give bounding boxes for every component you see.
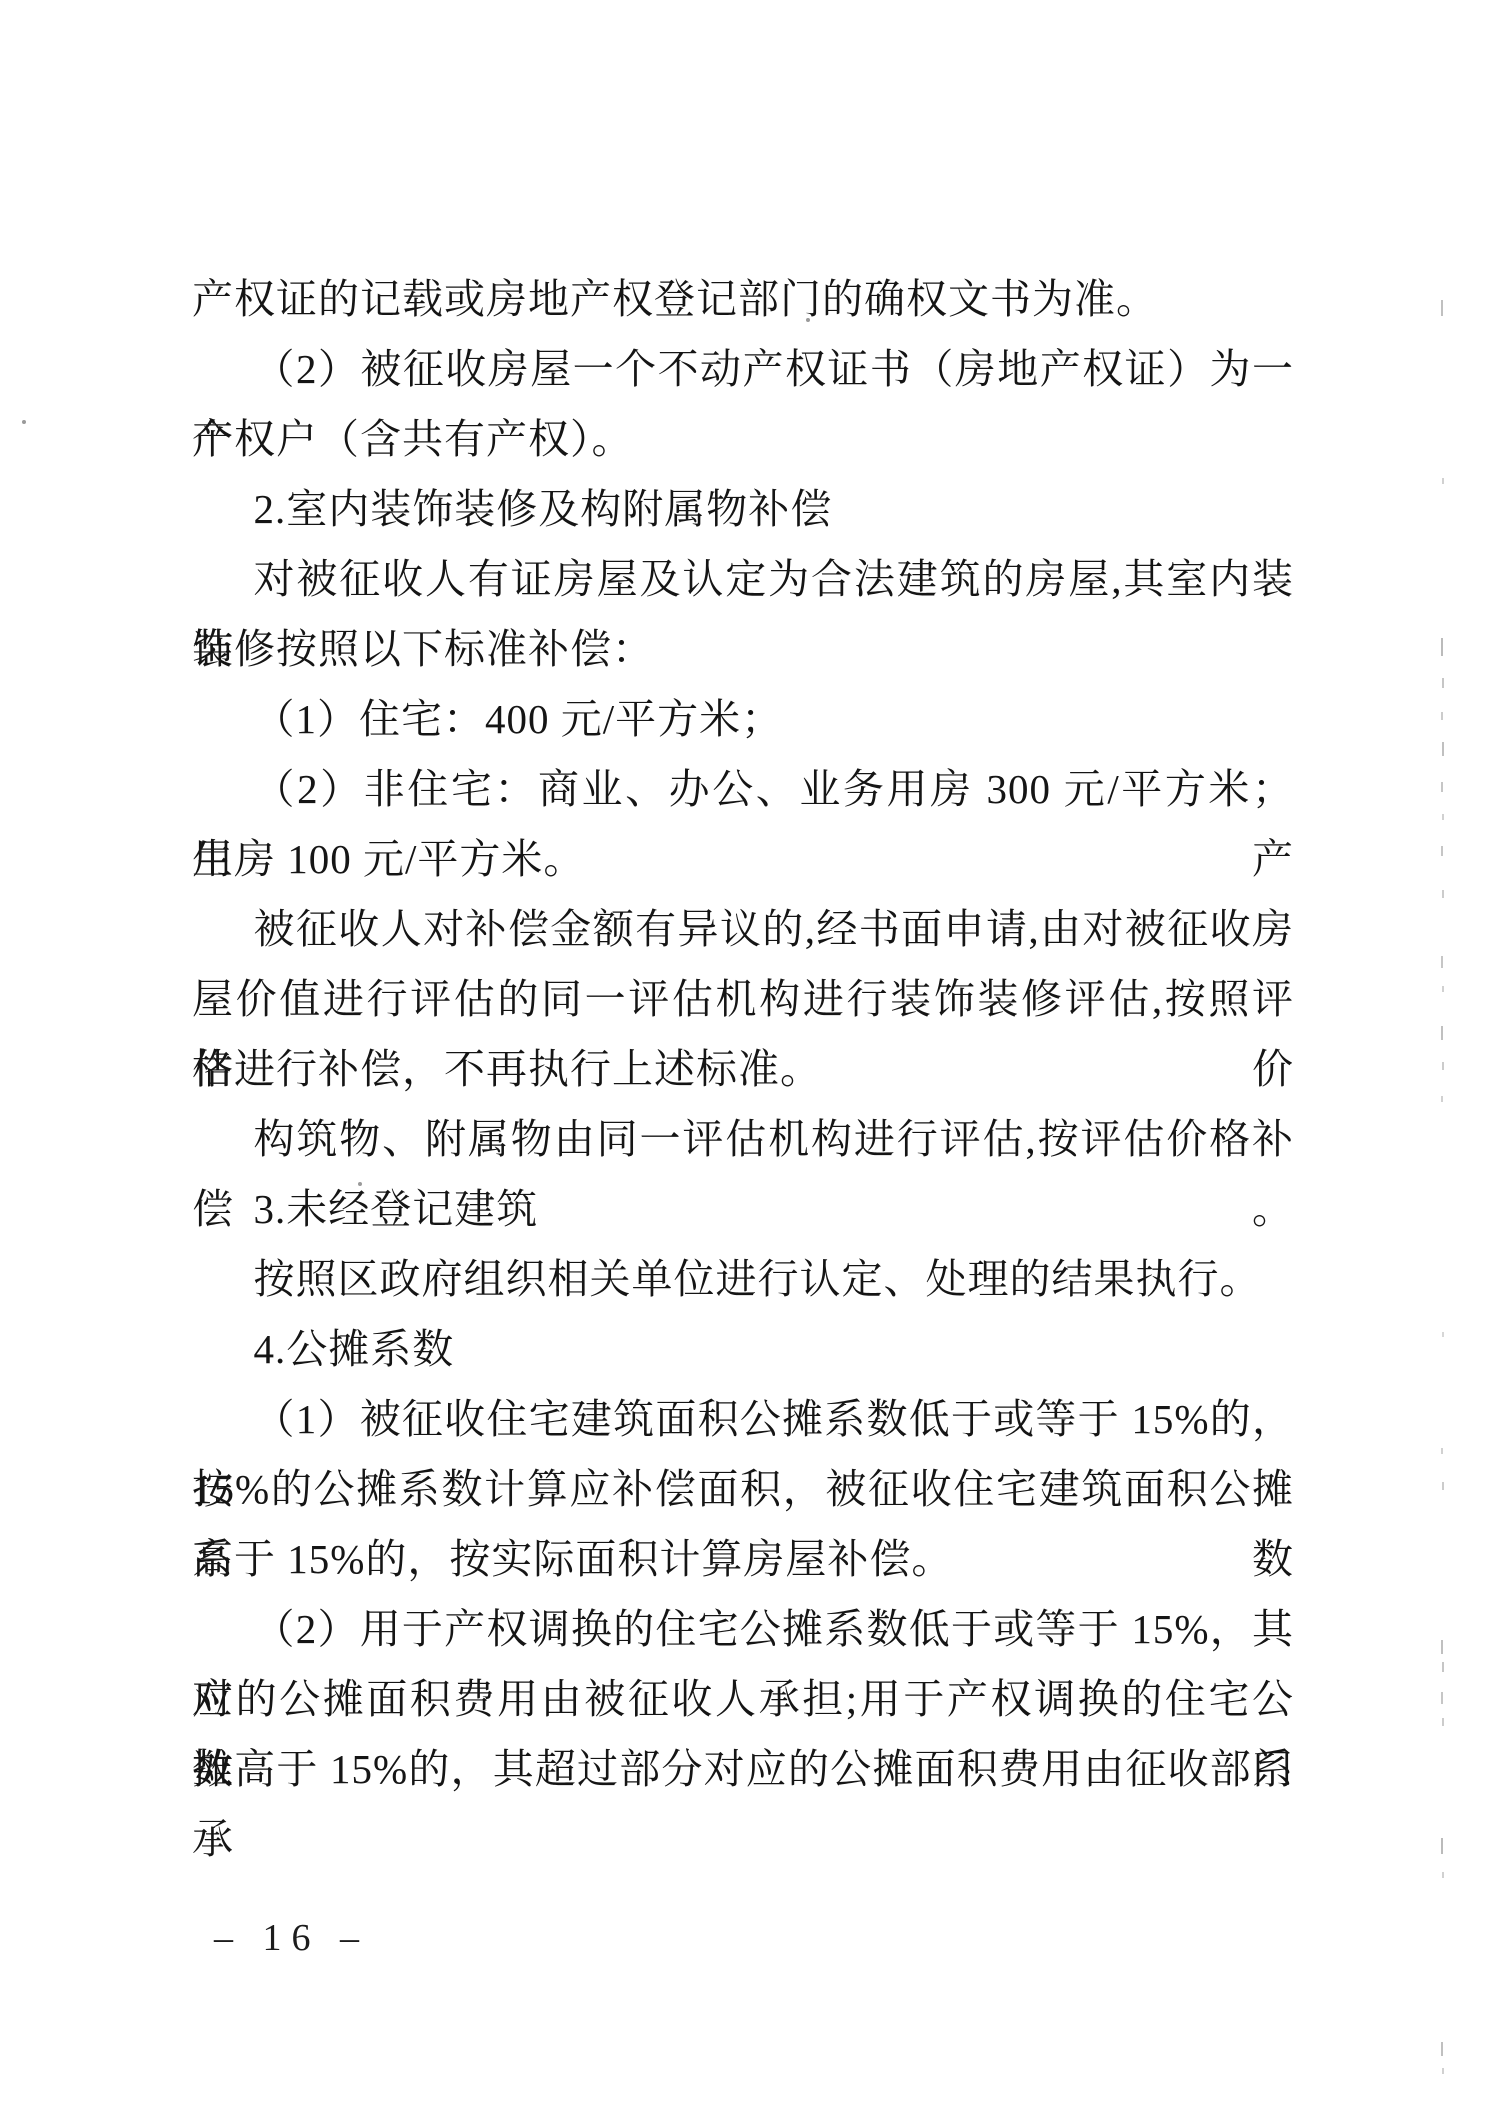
document-line: 2.室内装饰装修及构附属物补偿 (192, 474, 1294, 544)
document-body: 产权证的记载或房地产权登记部门的确权文书为准。 （2）被征收房屋一个不动产权证书… (192, 264, 1294, 1804)
document-line: （1）被征收住宅建筑面积公摊系数低于或等于 15%的，按 (192, 1384, 1294, 1454)
page-number: – 16 – (214, 1916, 369, 1960)
document-line: 4.公摊系数 (192, 1314, 1294, 1384)
document-line: 屋价值进行评估的同一评估机构进行装饰装修评估,按照评估价 (192, 964, 1294, 1034)
document-line: 应的公摊面积费用由被征收人承担;用于产权调换的住宅公摊系 (192, 1664, 1294, 1734)
document-line: （1）住宅：400 元/平方米； (192, 684, 1294, 754)
document-line: （2）非住宅：商业、办公、业务用房 300 元/平方米；生产 (192, 754, 1294, 824)
document-line: 对被征收人有证房屋及认定为合法建筑的房屋,其室内装饰 (192, 544, 1294, 614)
document-line: 按照区政府组织相关单位进行认定、处理的结果执行。 (192, 1244, 1294, 1314)
document-line: （2）用于产权调换的住宅公摊系数低于或等于 15%，其对 (192, 1594, 1294, 1664)
document-line: 产权证的记载或房地产权登记部门的确权文书为准。 (192, 264, 1294, 334)
document-line: 装修按照以下标准补偿： (192, 614, 1294, 684)
scanned-document-page: 产权证的记载或房地产权登记部门的确权文书为准。 （2）被征收房屋一个不动产权证书… (0, 0, 1488, 2102)
document-line: 数高于 15%的，其超过部分对应的公摊面积费用由征收部门承 (192, 1734, 1294, 1804)
document-line: 产权户（含共有产权）。 (192, 404, 1294, 474)
document-line: （2）被征收房屋一个不动产权证书（房地产权证）为一个 (192, 334, 1294, 404)
document-line: 15%的公摊系数计算应补偿面积，被征收住宅建筑面积公摊系数 (192, 1454, 1294, 1524)
document-line: 构筑物、附属物由同一评估机构进行评估,按评估价格补偿。 (192, 1104, 1294, 1174)
document-line: 被征收人对补偿金额有异议的,经书面申请,由对被征收房 (192, 894, 1294, 964)
